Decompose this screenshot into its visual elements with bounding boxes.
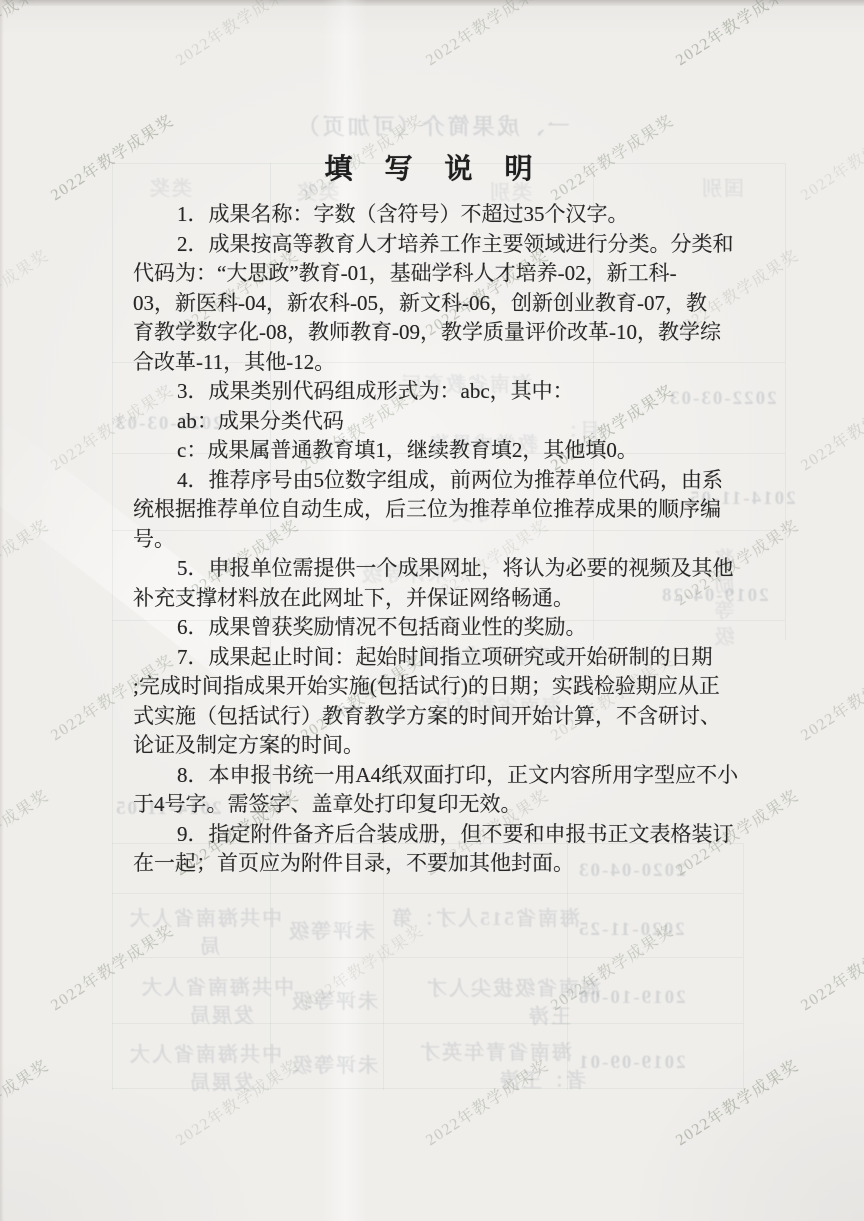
instruction-line: 3．成果类别代码组成形式为：abc，其中： xyxy=(133,377,733,407)
instruction-line: 式实施（包括试行）教育教学方案的时间开始计算，不含研讨、 xyxy=(133,702,733,732)
instruction-line: 7．成果起止时间：起始时间指立项研究或开始研制的日期 xyxy=(133,643,733,673)
instruction-line: 补充支撑材料放在此网址下，并保证网络畅通。 xyxy=(133,584,733,614)
instruction-line: 03，新医科-04，新农科-05，新文科-06，创新创业教育-07，教 xyxy=(133,289,733,319)
instruction-line: 代码为：“大思政”教育-01，基础学科人才培养-02，新工科- xyxy=(133,259,733,289)
instruction-line: 于4号字。需签字、盖章处打印复印无效。 xyxy=(133,790,733,820)
instruction-line: 合改革-11，其他-12。 xyxy=(133,348,733,378)
scanned-document-page: { "title": "填 写 说 明", "watermark": { "te… xyxy=(0,0,864,1221)
page-title: 填 写 说 明 xyxy=(0,147,864,187)
instruction-line: 育教学数字化-08，教师教育-09，教学质量评价改革-10，教学综 xyxy=(133,318,733,348)
instruction-line: 1．成果名称：字数（含符号）不超过35个汉字。 xyxy=(133,200,733,230)
instruction-line: 论证及制定方案的时间。 xyxy=(133,731,733,761)
instruction-line: 号。 xyxy=(133,525,733,555)
instruction-line: 在一起；首页应为附件目录，不要加其他封面。 xyxy=(133,849,733,879)
instruction-line: ab：成果分类代码 xyxy=(133,407,733,437)
instructions-body: 1．成果名称：字数（含符号）不超过35个汉字。2．成果按高等教育人才培养工作主要… xyxy=(133,200,733,879)
instruction-line: 统根据推荐单位自动生成，后三位为推荐单位推荐成果的顺序编 xyxy=(133,495,733,525)
instruction-line: 6．成果曾获奖励情况不包括商业性的奖励。 xyxy=(133,613,733,643)
instruction-line: 4．推荐序号由5位数字组成，前两位为推荐单位代码，由系 xyxy=(133,466,733,496)
instruction-line: 5．申报单位需提供一个成果网址，将认为必要的视频及其他 xyxy=(133,554,733,584)
instruction-line: 2．成果按高等教育人才培养工作主要领域进行分类。分类和 xyxy=(133,230,733,260)
instruction-line: 8．本申报书统一用A4纸双面打印，正文内容所用字型应不小 xyxy=(133,761,733,791)
instruction-line: 9．指定附件备齐后合装成册，但不要和申报书正文表格装订 xyxy=(133,820,733,850)
document-content: 填 写 说 明 1．成果名称：字数（含符号）不超过35个汉字。2．成果按高等教育… xyxy=(0,0,864,1221)
instruction-line: ;完成时间指成果开始实施(包括试行)的日期；实践检验期应从正 xyxy=(133,672,733,702)
instruction-line: c：成果属普通教育填1，继续教育填2，其他填0。 xyxy=(133,436,733,466)
